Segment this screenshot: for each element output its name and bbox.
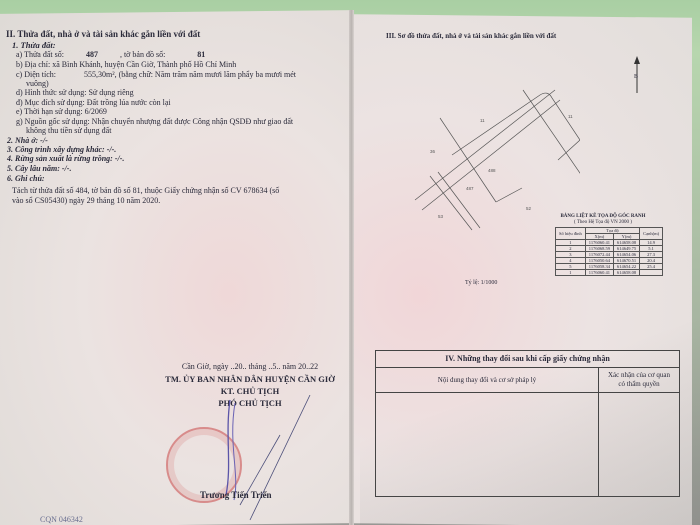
north-label: B xyxy=(634,74,638,80)
plot-no-label: a) Thửa đất số: xyxy=(16,50,64,59)
svg-text:11: 11 xyxy=(568,114,573,119)
map-sheet: 81 xyxy=(197,50,205,59)
table-row: 11176060.41614658.08 xyxy=(556,270,663,276)
area-value: 555,30m², (bằng chữ: Năm trăm năm mươi l… xyxy=(84,70,296,79)
use-form: d) Hình thức sử dụng: Sử dụng riêng xyxy=(16,88,134,97)
table-row: 41176050.64614670.5120.4 xyxy=(556,258,663,264)
confirmation-line-1: Xác nhận của cơ quan xyxy=(599,371,679,380)
map-sheet-label: , tờ bản đồ số: xyxy=(120,50,165,59)
item-notes: 6. Ghi chú: xyxy=(7,174,45,183)
item-forest: 4. Rừng sản xuất là rừng trồng: -/-. xyxy=(7,154,124,163)
address: b) Địa chỉ: xã Bình Khánh, huyện Cần Giờ… xyxy=(16,60,236,69)
table-row: 31176072.44614654.0627.3 xyxy=(556,252,663,258)
section-ii-title: II. Thửa đất, nhà ở và tài sản khác gắn … xyxy=(6,29,200,39)
signature-strokes xyxy=(190,395,350,525)
changes-content-cell xyxy=(376,393,599,497)
table-row: 51176058.34614654.2225.4 xyxy=(556,264,663,270)
parcel-map: 11 11 36 488 487 52 53 xyxy=(360,70,580,240)
area-row: c) Diện tích: 555,30m², (bằng chữ: Năm t… xyxy=(16,70,296,79)
svg-text:487: 487 xyxy=(466,186,474,191)
svg-text:53: 53 xyxy=(438,214,444,219)
changes-col-content: Nội dung thay đổi và cơ sở pháp lý xyxy=(376,368,599,392)
svg-text:36: 36 xyxy=(430,149,436,154)
origin-cont: không thu tiền sử dụng đất xyxy=(26,126,111,135)
coord-table-caption: BẢNG LIỆT KÊ TỌA ĐỘ GÓC RANH xyxy=(548,214,658,219)
plot-no: 487 xyxy=(86,50,98,59)
land-plot-heading: 1. Thửa đất: xyxy=(12,40,56,50)
svg-text:488: 488 xyxy=(488,168,496,173)
plot-number-row: a) Thửa đất số: 487 , tờ bản đồ số: 81 xyxy=(16,50,205,59)
date-line: Cần Giờ, ngày ..20.. tháng ..5.. năm 20.… xyxy=(130,362,370,371)
confirmation-line-2: có thẩm quyền xyxy=(599,380,679,389)
issuing-org: TM. ỦY BAN NHÂN DÂN HUYỆN CẦN GIỜ xyxy=(130,373,370,385)
certificate-serial: CQN 046342 xyxy=(40,515,83,524)
item-house: 2. Nhà ở: -/- xyxy=(7,136,48,145)
changes-table: IV. Những thay đổi sau khi cấp giấy chứn… xyxy=(375,350,680,497)
origin: g) Nguồn gốc sử dụng: Nhận chuyển nhượng… xyxy=(16,117,293,126)
item-other-construction: 3. Công trình xây dựng khác: -/-. xyxy=(7,145,116,154)
svg-text:11: 11 xyxy=(480,118,485,123)
note-line-2: vào sổ CS05430) ngày 29 tháng 10 năm 202… xyxy=(12,196,160,205)
item-perennial: 5. Cây lâu năm: -/-. xyxy=(7,164,71,173)
area-label: c) Diện tích: xyxy=(16,70,56,79)
changes-title: IV. Những thay đổi sau khi cấp giấy chứn… xyxy=(376,351,679,368)
signer-name: Trương Tiến Triển xyxy=(200,490,272,500)
area-cont: vuông) xyxy=(26,79,49,88)
coord-table-subcaption: ( Theo Hệ Tọa độ VN 2000 ) xyxy=(548,220,658,225)
use-term: e) Thời hạn sử dụng: 6/2069 xyxy=(16,107,107,116)
use-purpose: đ) Mục đích sử dụng: Đất trồng lúa nước … xyxy=(16,98,171,107)
note-line-1: Tách từ thửa đất số 484, tờ bản đồ số 81… xyxy=(12,186,279,195)
map-scale: Tỷ lệ: 1/1000 xyxy=(465,280,497,286)
svg-text:52: 52 xyxy=(526,206,532,211)
changes-col-confirmation: Xác nhận của cơ quan có thẩm quyền xyxy=(599,368,679,392)
coordinate-table: Số hiệu đỉnhTọa độCạnh(m)X(m)Y(m)1117606… xyxy=(555,227,663,276)
section-iii-title: III. Sơ đồ thửa đất, nhà ở và tài sản kh… xyxy=(386,32,556,40)
